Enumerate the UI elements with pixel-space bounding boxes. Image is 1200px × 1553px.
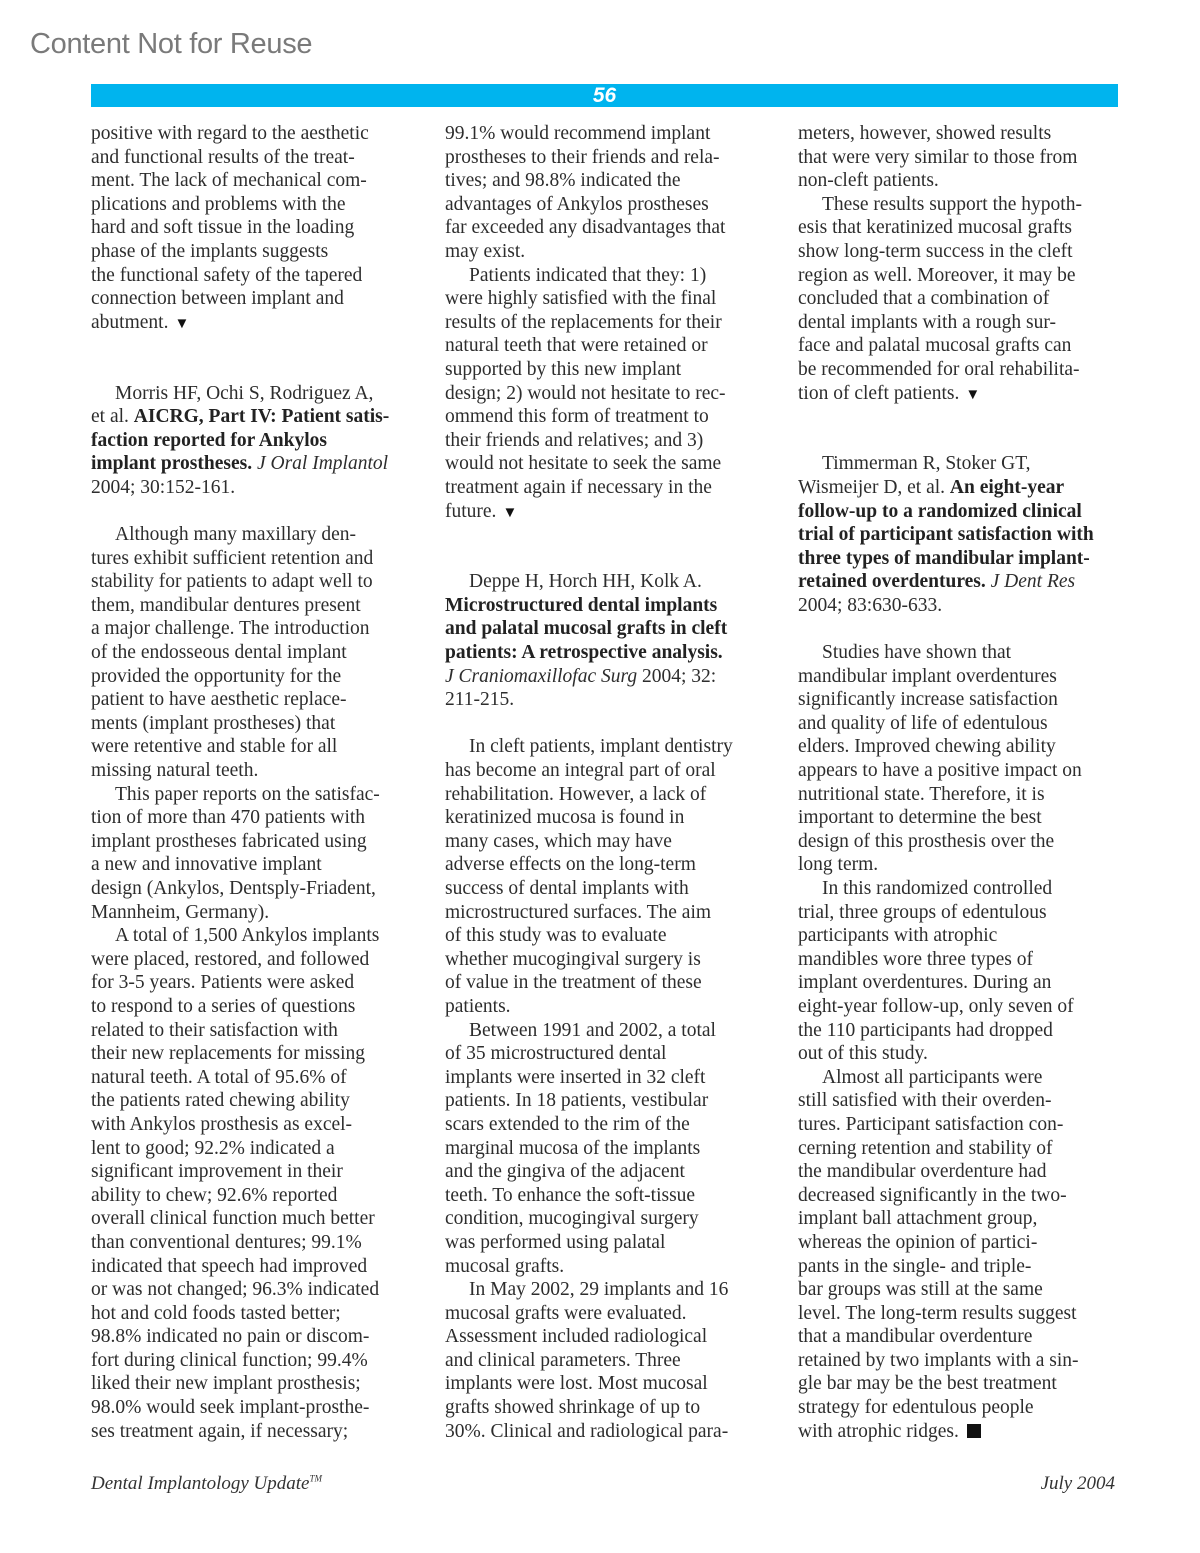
citation-line: and palatal mucosal grafts in cleft xyxy=(445,617,785,641)
text-line: that a mandibular overdenture xyxy=(798,1325,1138,1349)
text-line: future.▼ xyxy=(445,500,785,524)
citation-line: patients: A retrospective analysis. xyxy=(445,641,785,665)
text-line: Although many maxillary den- xyxy=(91,523,431,547)
citation-title: trial of participant satisfaction with xyxy=(798,524,1094,545)
text-line: significant improvement in their xyxy=(91,1160,431,1184)
text-line: patients. In 18 patients, vestibular xyxy=(445,1089,785,1113)
text-line: were highly satisfied with the final xyxy=(445,287,785,311)
column-1: positive with regard to the aesthetic an… xyxy=(91,122,431,1443)
text-line: many cases, which may have xyxy=(445,830,785,854)
text-line: In May 2002, 29 implants and 16 xyxy=(445,1278,785,1302)
text-line: natural teeth. A total of 95.6% of xyxy=(91,1066,431,1090)
citation-authors: Deppe H, Horch HH, Kolk A. xyxy=(445,570,785,594)
down-triangle-icon: ▼ xyxy=(965,387,980,403)
text-line: the patients rated chewing ability xyxy=(91,1089,431,1113)
text-line: face and palatal mucosal grafts can xyxy=(798,334,1138,358)
text-line: results of the replacements for their xyxy=(445,311,785,335)
citation: Morris HF, Ochi S, Rodriguez A, et al. A… xyxy=(91,382,431,500)
text-line: scars extended to the rim of the xyxy=(445,1113,785,1137)
citation-title: retained overdentures. xyxy=(798,571,986,592)
publication-name: Dental Implantology Update xyxy=(91,1473,309,1494)
text-line: the 110 participants had dropped xyxy=(798,1019,1138,1043)
text-line: decreased significantly in the two- xyxy=(798,1184,1138,1208)
text-line: design; 2) would not hesitate to rec- xyxy=(445,382,785,406)
text-line: In this randomized controlled xyxy=(798,877,1138,901)
text-line: plications and problems with the xyxy=(91,193,431,217)
text-line: tion of more than 470 patients with xyxy=(91,806,431,830)
black-square-icon xyxy=(967,1424,981,1438)
summary-paragraph: 99.1% would recommend implant prostheses… xyxy=(445,122,785,523)
trademark-symbol: TM xyxy=(309,1474,322,1484)
text-line: fort during clinical function; 99.4% xyxy=(91,1349,431,1373)
text-line: to respond to a series of questions xyxy=(91,995,431,1019)
text-line: may exist. xyxy=(445,240,785,264)
text-line: microstructured surfaces. The aim xyxy=(445,901,785,925)
text-line: cerning retention and stability of xyxy=(798,1137,1138,1161)
text-line: strategy for edentulous people xyxy=(798,1396,1138,1420)
text-line: of value in the treatment of these xyxy=(445,971,785,995)
text-line: ses treatment again, if necessary; xyxy=(91,1420,431,1444)
text-line: tures. Participant satisfaction con- xyxy=(798,1113,1138,1137)
article-summary: Studies have shown that mandibular impla… xyxy=(798,641,1138,1443)
text-line: show long-term success in the cleft xyxy=(798,240,1138,264)
text-line: phase of the implants suggests xyxy=(91,240,431,264)
text-line: their friends and relatives; and 3) xyxy=(445,429,785,453)
citation-volume: 2004; 32: xyxy=(642,666,716,687)
citation-volume: 2004; 83:630-633. xyxy=(798,594,1138,618)
text-line: dental implants with a rough sur- xyxy=(798,311,1138,335)
citation-line: et al. AICRG, Part IV: Patient satis- xyxy=(91,405,431,429)
citation-line: retained overdentures. J Dent Res xyxy=(798,570,1138,594)
text-line: rehabilitation. However, a lack of xyxy=(445,783,785,807)
text-line: bar groups was still at the same xyxy=(798,1278,1138,1302)
text-line: of the endosseous dental implant xyxy=(91,641,431,665)
text-line: meters, however, showed results xyxy=(798,122,1138,146)
citation: Timmerman R, Stoker GT, Wismeijer D, et … xyxy=(798,452,1138,617)
text-line: indicated that speech had improved xyxy=(91,1255,431,1279)
text-line: and clinical parameters. Three xyxy=(445,1349,785,1373)
text-line: prostheses to their friends and rela- xyxy=(445,146,785,170)
citation-authors: Timmerman R, Stoker GT, xyxy=(798,452,1138,476)
citation-title: Microstructured dental implants xyxy=(445,595,717,616)
citation-line: three types of mandibular implant- xyxy=(798,547,1138,571)
text-line: 98.0% would seek implant-prosthe- xyxy=(91,1396,431,1420)
text-line: In cleft patients, implant dentistry xyxy=(445,735,785,759)
page-number: 56 xyxy=(593,84,616,107)
text-line: and functional results of the treat- xyxy=(91,146,431,170)
text-line: patient to have aesthetic replace- xyxy=(91,688,431,712)
text-line: teeth. To enhance the soft-tissue xyxy=(445,1184,785,1208)
watermark: Content Not for Reuse xyxy=(30,28,312,61)
citation-line: implant prostheses. J Oral Implantol xyxy=(91,452,431,476)
text-line: marginal mucosa of the implants xyxy=(445,1137,785,1161)
text-line: important to determine the best xyxy=(798,806,1138,830)
text-line: related to their satisfaction with xyxy=(91,1019,431,1043)
text-line: a new and innovative implant xyxy=(91,853,431,877)
citation-journal: J Craniomaxillofac Surg xyxy=(445,666,637,687)
text-line: significantly increase satisfaction xyxy=(798,688,1138,712)
text-line: ability to chew; 92.6% reported xyxy=(91,1184,431,1208)
citation-volume: 2004; 30:152-161. xyxy=(91,476,431,500)
citation-title: faction reported for Ankylos xyxy=(91,430,327,451)
text-line: This paper reports on the satisfac- xyxy=(91,783,431,807)
text-line: for 3-5 years. Patients were asked xyxy=(91,971,431,995)
text-line: were retentive and stable for all xyxy=(91,735,431,759)
citation-line: Wismeijer D, et al. An eight-year xyxy=(798,476,1138,500)
citation-authors: Morris HF, Ochi S, Rodriguez A, xyxy=(91,382,431,406)
text-line: condition, mucogingival surgery xyxy=(445,1207,785,1231)
text-line: the mandibular overdenture had xyxy=(798,1160,1138,1184)
text-line: with atrophic ridges. xyxy=(798,1420,1138,1444)
text-line: abutment.▼ xyxy=(91,311,431,335)
text-line: liked their new implant prosthesis; xyxy=(91,1372,431,1396)
citation-title: implant prostheses. xyxy=(91,453,252,474)
text-line: the functional safety of the tapered xyxy=(91,264,431,288)
text-line: whether mucogingival surgery is xyxy=(445,948,785,972)
text-line: hot and cold foods tasted better; xyxy=(91,1302,431,1326)
summary-paragraph: positive with regard to the aesthetic an… xyxy=(91,122,431,334)
text-line: Patients indicated that they: 1) xyxy=(445,264,785,288)
text-line: positive with regard to the aesthetic xyxy=(91,122,431,146)
text-line: ommend this form of treatment to xyxy=(445,405,785,429)
citation-line: follow-up to a randomized clinical xyxy=(798,500,1138,524)
text-line: be recommended for oral rehabilita- xyxy=(798,358,1138,382)
text-line: retained by two implants with a sin- xyxy=(798,1349,1138,1373)
text-line: natural teeth that were retained or xyxy=(445,334,785,358)
text-line: with Ankylos prosthesis as excel- xyxy=(91,1113,431,1137)
text-line: implants were inserted in 32 cleft xyxy=(445,1066,785,1090)
text-line: patients. xyxy=(445,995,785,1019)
citation-title: follow-up to a randomized clinical xyxy=(798,501,1082,522)
text-line: tives; and 98.8% indicated the xyxy=(445,169,785,193)
text-line: and quality of life of edentulous xyxy=(798,712,1138,736)
citation-volume: 211-215. xyxy=(445,688,785,712)
text-line: adverse effects on the long-term xyxy=(445,853,785,877)
text-line: success of dental implants with xyxy=(445,877,785,901)
text-line: 98.8% indicated no pain or discom- xyxy=(91,1325,431,1349)
text-line: has become an integral part of oral xyxy=(445,759,785,783)
citation-journal: J Dent Res xyxy=(991,571,1075,592)
text-line: and the gingiva of the adjacent xyxy=(445,1160,785,1184)
down-triangle-icon: ▼ xyxy=(502,505,517,521)
text-line: treatment again if necessary in the xyxy=(445,476,785,500)
text-line: long term. xyxy=(798,853,1138,877)
article-summary: In cleft patients, implant dentistry has… xyxy=(445,735,785,1443)
text-line: lent to good; 92.2% indicated a xyxy=(91,1137,431,1161)
page-header-bar: 56 xyxy=(91,84,1118,107)
text-line: was performed using palatal xyxy=(445,1231,785,1255)
text-line: non-cleft patients. xyxy=(798,169,1138,193)
citation-title: AICRG, Part IV: Patient satis- xyxy=(134,406,389,427)
text-line: still satisfied with their overden- xyxy=(798,1089,1138,1113)
text-line: were placed, restored, and followed xyxy=(91,948,431,972)
citation-line: J Craniomaxillofac Surg 2004; 32: xyxy=(445,665,785,689)
citation-authors: Wismeijer D, et al. xyxy=(798,477,945,498)
text-line: 30%. Clinical and radiological para- xyxy=(445,1420,785,1444)
text-line: whereas the opinion of partici- xyxy=(798,1231,1138,1255)
text-line: concluded that a combination of xyxy=(798,287,1138,311)
text-line: advantages of Ankylos prostheses xyxy=(445,193,785,217)
citation: Deppe H, Horch HH, Kolk A. Microstructur… xyxy=(445,570,785,712)
column-2: 99.1% would recommend implant prostheses… xyxy=(445,122,785,1443)
text-line: Between 1991 and 2002, a total xyxy=(445,1019,785,1043)
citation-line: faction reported for Ankylos xyxy=(91,429,431,453)
summary-paragraph: meters, however, showed results that wer… xyxy=(798,122,1138,405)
text-line: connection between implant and xyxy=(91,287,431,311)
text-line: implants were lost. Most mucosal xyxy=(445,1372,785,1396)
text-line: implant ball attachment group, xyxy=(798,1207,1138,1231)
text-line: them, mandibular dentures present xyxy=(91,594,431,618)
citation-title: An eight-year xyxy=(950,477,1064,498)
text-line: implant prostheses fabricated using xyxy=(91,830,431,854)
text-line: overall clinical function much better xyxy=(91,1207,431,1231)
text-line: of 35 microstructured dental xyxy=(445,1042,785,1066)
text-line: pants in the single- and triple- xyxy=(798,1255,1138,1279)
text-line: A total of 1,500 Ankylos implants xyxy=(91,924,431,948)
text-line: of this study was to evaluate xyxy=(445,924,785,948)
text-line: design (Ankylos, Dentsply-Friadent, xyxy=(91,877,431,901)
text-line: participants with atrophic xyxy=(798,924,1138,948)
citation-authors: et al. xyxy=(91,406,129,427)
text-line: nutritional state. Therefore, it is xyxy=(798,783,1138,807)
text-line: esis that keratinized mucosal grafts xyxy=(798,216,1138,240)
article-summary: Although many maxillary den- tures exhib… xyxy=(91,523,431,1443)
text-line: far exceeded any disadvantages that xyxy=(445,216,785,240)
text-line: their new replacements for missing xyxy=(91,1042,431,1066)
footer-date: July 2004 xyxy=(1041,1473,1115,1495)
text-line: grafts showed shrinkage of up to xyxy=(445,1396,785,1420)
text-line: out of this study. xyxy=(798,1042,1138,1066)
text-line: hard and soft tissue in the loading xyxy=(91,216,431,240)
text-line: mucosal grafts were evaluated. xyxy=(445,1302,785,1326)
text-line: would not hesitate to seek the same xyxy=(445,452,785,476)
text-line: supported by this new implant xyxy=(445,358,785,382)
text-line: appears to have a positive impact on xyxy=(798,759,1138,783)
text-line: design of this prosthesis over the xyxy=(798,830,1138,854)
text-line: provided the opportunity for the xyxy=(91,665,431,689)
citation-title: patients: A retrospective analysis. xyxy=(445,642,723,663)
down-triangle-icon: ▼ xyxy=(174,316,189,332)
text-line: Almost all participants were xyxy=(798,1066,1138,1090)
text-line: missing natural teeth. xyxy=(91,759,431,783)
text-line: keratinized mucosa is found in xyxy=(445,806,785,830)
text-line: eight-year follow-up, only seven of xyxy=(798,995,1138,1019)
text-line: than conventional dentures; 99.1% xyxy=(91,1231,431,1255)
text-line: ment. The lack of mechanical com- xyxy=(91,169,431,193)
citation-journal: J Oral Implantol xyxy=(257,453,388,474)
text-line: level. The long-term results suggest xyxy=(798,1302,1138,1326)
footer-publication: Dental Implantology UpdateTM xyxy=(91,1473,322,1495)
citation-line: Microstructured dental implants xyxy=(445,594,785,618)
text-line: gle bar may be the best treatment xyxy=(798,1372,1138,1396)
text-line: mandibular implant overdentures xyxy=(798,665,1138,689)
text-line: ments (implant prostheses) that xyxy=(91,712,431,736)
text-line: Mannheim, Germany). xyxy=(91,901,431,925)
text-line: implant overdentures. During an xyxy=(798,971,1138,995)
text-line: Assessment included radiological xyxy=(445,1325,785,1349)
text-line: mandibles wore three types of xyxy=(798,948,1138,972)
text-line: Studies have shown that xyxy=(798,641,1138,665)
column-3: meters, however, showed results that wer… xyxy=(798,122,1138,1443)
text-line: These results support the hypoth- xyxy=(798,193,1138,217)
text-line: that were very similar to those from xyxy=(798,146,1138,170)
text-line: or was not changed; 96.3% indicated xyxy=(91,1278,431,1302)
text-line: tion of cleft patients.▼ xyxy=(798,382,1138,406)
text-line: elders. Improved chewing ability xyxy=(798,735,1138,759)
text-line: stability for patients to adapt well to xyxy=(91,570,431,594)
text-line: mucosal grafts. xyxy=(445,1255,785,1279)
text-line: region as well. Moreover, it may be xyxy=(798,264,1138,288)
citation-line: trial of participant satisfaction with xyxy=(798,523,1138,547)
citation-title: and palatal mucosal grafts in cleft xyxy=(445,618,727,639)
citation-title: three types of mandibular implant- xyxy=(798,548,1090,569)
text-line: a major challenge. The introduction xyxy=(91,617,431,641)
text-line: trial, three groups of edentulous xyxy=(798,901,1138,925)
text-line: 99.1% would recommend implant xyxy=(445,122,785,146)
text-line: tures exhibit sufficient retention and xyxy=(91,547,431,571)
